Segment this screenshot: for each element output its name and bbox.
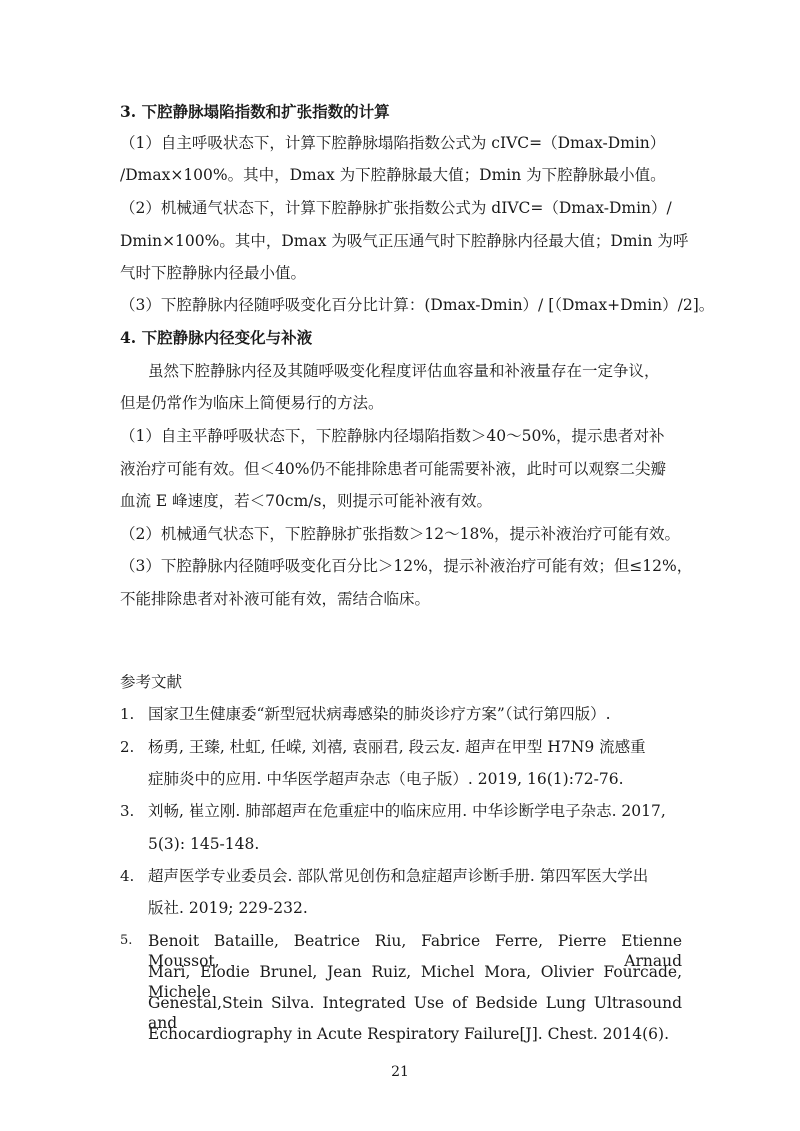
reference-line: 版社. 2019; 229-232. — [148, 898, 682, 918]
reference-number: 3. — [120, 801, 134, 821]
paragraph-line: Dmin×100%。其中，Dmax 为吸气正压通气时下腔静脉内径最大值；Dmin… — [120, 231, 682, 251]
references-heading: 参考文献 — [120, 672, 682, 692]
paragraph-line: （2）机械通气状态下，下腔静脉扩张指数＞12～18%，提示补液治疗可能有效。 — [120, 524, 682, 544]
reference-number: 1. — [120, 704, 134, 724]
paragraph-line: 不能排除患者对补液可能有效，需结合临床。 — [120, 589, 682, 609]
paragraph-line: /Dmax×100%。其中，Dmax 为下腔静脉最大值；Dmin 为下腔静脉最小… — [120, 165, 682, 185]
paragraph-line: 但是仍常作为临床上简便易行的方法。 — [120, 393, 682, 413]
section-4-heading: 4. 下腔静脉内径变化与补液 — [120, 328, 682, 348]
reference-line: 超声医学专业委员会. 部队常见创伤和急症超声诊断手册. 第四军医大学出 — [148, 866, 682, 886]
paragraph-line: （3）下腔静脉内径随呼吸变化百分比计算：(Dmax-Dmin）/ [（Dmax+… — [120, 295, 682, 315]
reference-number: 4. — [120, 866, 134, 886]
paragraph-line: 血流 E 峰速度，若＜70cm/s，则提示可能补液有效。 — [120, 491, 682, 511]
paragraph-line: （2）机械通气状态下，计算下腔静脉扩张指数公式为 dIVC=（Dmax-Dmin… — [120, 198, 682, 218]
paragraph-line: （3）下腔静脉内径随呼吸变化百分比＞12%，提示补液治疗可能有效；但≤12%， — [120, 556, 682, 576]
reference-line: 杨勇, 王臻, 杜虹, 任嵘, 刘禧, 袁丽君, 段云友. 超声在甲型 H7N9… — [148, 737, 682, 757]
paragraph-line: 液治疗可能有效。但＜40%仍不能排除患者可能需要补液，此时可以观察二尖瓣 — [120, 459, 682, 479]
document-page: 3. 下腔静脉塌陷指数和扩张指数的计算 （1）自主呼吸状态下，计算下腔静脉塌陷指… — [0, 0, 800, 1131]
paragraph-line: （1）自主呼吸状态下，计算下腔静脉塌陷指数公式为 cIVC=（Dmax-Dmin… — [120, 133, 682, 153]
reference-line: 症肺炎中的应用. 中华医学超声杂志（电子版）. 2019, 16(1):72-7… — [148, 769, 682, 789]
reference-line: 5(3): 145-148. — [148, 834, 682, 854]
reference-number: 2. — [120, 737, 134, 757]
reference-line: Echocardiography in Acute Respiratory Fa… — [148, 1024, 682, 1044]
reference-line: 刘畅, 崔立刚. 肺部超声在危重症中的临床应用. 中华诊断学电子杂志. 2017… — [148, 801, 682, 821]
reference-number: 5. — [120, 931, 132, 951]
section-3-heading: 3. 下腔静脉塌陷指数和扩张指数的计算 — [120, 102, 682, 122]
page-number: 21 — [0, 1064, 800, 1080]
reference-line: 国家卫生健康委“新型冠状病毒感染的肺炎诊疗方案”（试行第四版）. — [148, 704, 682, 724]
paragraph-line: 虽然下腔静脉内径及其随呼吸变化程度评估血容量和补液量存在一定争议， — [148, 361, 682, 381]
paragraph-line: 气时下腔静脉内径最小值。 — [120, 263, 682, 283]
paragraph-line: （1）自主平静呼吸状态下，下腔静脉内径塌陷指数＞40～50%，提示患者对补 — [120, 426, 682, 446]
